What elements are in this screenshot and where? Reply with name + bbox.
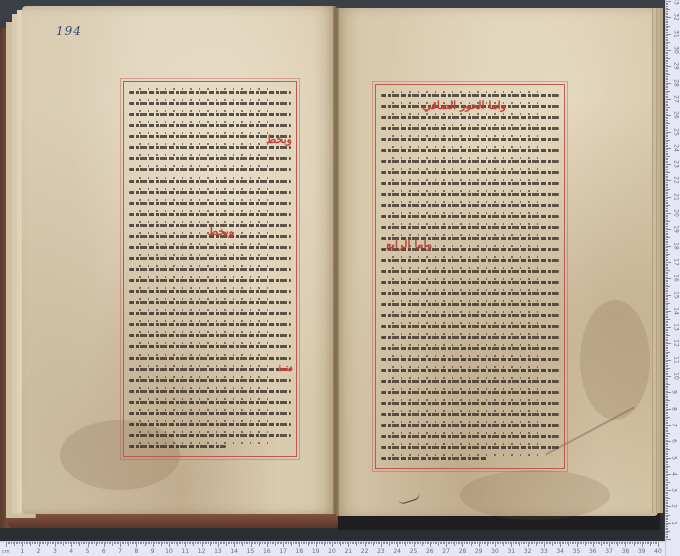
ruler-tick — [666, 368, 670, 369]
ruler-tick — [666, 529, 668, 530]
text-line — [381, 145, 559, 155]
ruler-tick — [666, 149, 668, 150]
ruler-tick — [666, 301, 668, 302]
ruler-tick — [666, 316, 668, 317]
ruler-tick — [666, 136, 668, 137]
ruler-tick — [666, 107, 670, 108]
ruler-tick — [666, 519, 668, 520]
ruler-tick — [666, 197, 671, 198]
ruler-tick — [666, 329, 668, 330]
ruler-tick — [666, 16, 668, 17]
ruler-right: 1234567891011121314151617181920212223242… — [665, 0, 680, 556]
ruler-tick — [666, 153, 668, 154]
ruler-tick — [666, 162, 668, 163]
ruler-label: 28 — [459, 548, 467, 555]
text-line — [381, 134, 559, 144]
ruler-tick — [666, 295, 671, 296]
text-line — [381, 409, 559, 419]
ruler-tick — [666, 524, 668, 525]
ruler-tick — [666, 472, 668, 473]
ruler-tick — [666, 259, 668, 260]
ruler-label: 24 — [672, 144, 679, 152]
text-line — [129, 176, 291, 186]
ruler-label: 15 — [247, 548, 255, 555]
ruler-tick — [666, 332, 668, 333]
ruler-tick — [666, 319, 670, 320]
text-line — [381, 200, 559, 210]
ruler-tick — [666, 234, 668, 235]
text-line — [381, 420, 559, 430]
ruler-tick — [666, 412, 668, 413]
ruler-tick — [666, 66, 671, 67]
ruler-label: 11 — [181, 548, 189, 555]
ruler-tick — [666, 158, 668, 159]
ruler-tick — [666, 264, 668, 265]
ruler-tick — [666, 296, 668, 297]
text-line — [129, 364, 291, 374]
ruler-tick — [666, 443, 668, 444]
text-line — [381, 167, 559, 177]
ruler-tick — [666, 39, 668, 40]
ruler-tick — [666, 500, 668, 501]
text-line — [129, 430, 291, 440]
ruler-tick — [666, 123, 670, 124]
ruler-tick — [666, 430, 668, 431]
ruler-tick — [666, 353, 668, 354]
ruler-label: 27 — [672, 95, 679, 103]
text-line — [129, 286, 291, 296]
ruler-label: 21 — [344, 548, 352, 555]
ruler-tick — [666, 151, 668, 152]
ruler-tick — [666, 405, 668, 406]
ruler-tick — [666, 202, 668, 203]
ruler-tick — [666, 53, 668, 54]
ruler-label: 16 — [672, 274, 679, 282]
ruler-tick — [666, 399, 668, 400]
ruler-tick — [666, 221, 670, 222]
ruler-tick — [666, 257, 668, 258]
left-text-block: وبخط وبخط فقط — [123, 81, 297, 457]
ruler-tick — [666, 444, 668, 445]
ruler-label: 6 — [670, 439, 677, 443]
ruler-tick — [666, 340, 668, 341]
ruler-tick — [666, 325, 668, 326]
ruler-tick — [666, 63, 668, 64]
ruler-tick — [666, 278, 671, 279]
ruler-label: 21 — [672, 193, 679, 201]
text-line — [381, 189, 559, 199]
ruler-tick — [666, 195, 668, 196]
ruler-tick — [666, 13, 668, 14]
ruler-tick — [666, 407, 668, 408]
text-line — [381, 376, 559, 386]
stain — [460, 470, 610, 520]
ruler-tick — [666, 433, 670, 434]
ruler-label: 29 — [672, 62, 679, 70]
text-line — [129, 187, 291, 197]
ruler-tick — [666, 532, 668, 533]
ruler-tick — [666, 122, 668, 123]
text-line — [381, 266, 559, 276]
ruler-tick — [666, 505, 668, 506]
ruler-tick — [666, 299, 668, 300]
ruler-tick — [666, 167, 668, 168]
ruler-tick — [666, 79, 668, 80]
ruler-tick — [666, 190, 668, 191]
ruler-tick — [666, 145, 668, 146]
text-line — [129, 253, 291, 263]
ruler-tick — [666, 6, 668, 7]
ruler-tick — [666, 182, 668, 183]
ruler-tick — [666, 143, 668, 144]
ruler-tick — [666, 9, 670, 10]
text-line — [129, 98, 291, 108]
ruler-tick — [666, 89, 668, 90]
ruler-tick — [666, 312, 668, 313]
ruler-tick — [666, 4, 668, 5]
rubric-heading: واما الرابع — [386, 239, 432, 251]
ruler-tick — [666, 213, 671, 214]
text-line — [381, 112, 559, 122]
ruler-tick — [666, 17, 671, 18]
ruler-label: 20 — [672, 209, 679, 217]
ruler-tick — [666, 352, 670, 353]
ruler-label: 13 — [214, 548, 222, 555]
ruler-tick — [666, 109, 668, 110]
ruler-tick — [666, 47, 668, 48]
ruler-tick — [666, 508, 668, 509]
text-line — [129, 308, 291, 318]
ruler-tick — [666, 397, 668, 398]
ruler-label: 4 — [670, 472, 677, 476]
ruler-tick — [666, 415, 668, 416]
ruler-tick — [666, 132, 671, 133]
ruler-tick — [666, 48, 668, 49]
ruler-tick — [666, 291, 668, 292]
gutter — [333, 6, 339, 516]
ruler-tick — [666, 118, 668, 119]
text-line — [129, 408, 291, 418]
ruler-tick — [666, 384, 670, 385]
ruler-tick — [666, 262, 671, 263]
ruler-tick — [666, 417, 670, 418]
text-line — [381, 332, 559, 342]
ruler-tick — [666, 177, 668, 178]
ruler-label: 35 — [573, 548, 581, 555]
ruler-tick — [666, 449, 670, 450]
ruler-tick — [666, 57, 668, 58]
ruler-label: 9 — [151, 548, 155, 555]
ruler-tick — [666, 456, 668, 457]
ruler-tick — [666, 272, 668, 273]
ruler-label: 8 — [670, 407, 677, 411]
ruler-tick — [666, 347, 668, 348]
ruler-label: 26 — [426, 548, 434, 555]
ruler-label: 29 — [475, 548, 483, 555]
ruler-tick — [666, 277, 668, 278]
ruler-tick — [666, 81, 668, 82]
ruler-tick — [666, 410, 668, 411]
ruler-tick — [666, 451, 668, 452]
ruler-tick — [666, 355, 668, 356]
ruler-tick — [666, 216, 668, 217]
ruler-label: 10 — [672, 372, 679, 380]
ruler-label: 19 — [312, 548, 320, 555]
ruler-tick — [666, 97, 668, 98]
ruler-tick — [666, 387, 668, 388]
ruler-tick — [666, 105, 668, 106]
ruler-label: 40 — [654, 548, 662, 555]
text-line — [381, 343, 559, 353]
ruler-label: 25 — [672, 128, 679, 136]
ruler-tick — [666, 125, 668, 126]
ruler-label: 33 — [672, 0, 679, 5]
ruler-tick — [666, 172, 670, 173]
ruler-tick — [666, 104, 668, 105]
ruler-tick — [666, 237, 670, 238]
ruler-tick — [666, 311, 671, 312]
ruler-tick — [666, 515, 670, 516]
ruler-tick — [666, 252, 668, 253]
ruler-label: 7 — [118, 548, 122, 555]
ruler-tick — [666, 115, 671, 116]
ruler-tick — [666, 19, 668, 20]
fore-edge — [660, 8, 663, 513]
ruler-tick — [666, 366, 668, 367]
ruler-tick — [666, 510, 668, 511]
text-line — [129, 153, 291, 163]
ruler-tick — [666, 526, 668, 527]
ruler-tick — [666, 40, 668, 41]
ruler-tick — [666, 348, 668, 349]
ruler-tick — [666, 360, 671, 361]
ruler-tick — [666, 35, 668, 36]
ruler-tick — [666, 179, 668, 180]
text-lines — [381, 90, 559, 463]
ruler-tick — [666, 239, 668, 240]
text-line — [129, 375, 291, 385]
ruler-label: 16 — [263, 548, 271, 555]
text-line — [381, 442, 559, 452]
ruler-tick — [666, 314, 668, 315]
text-line — [129, 319, 291, 329]
ruler-tick — [666, 373, 668, 374]
rubric-heading: فقط — [278, 362, 293, 374]
ruler-tick — [666, 71, 668, 72]
ruler-tick — [666, 161, 668, 162]
text-line — [381, 453, 559, 463]
ruler-tick — [666, 528, 668, 529]
ruler-tick — [666, 306, 668, 307]
ruler-label: 5 — [670, 456, 677, 460]
ruler-tick — [666, 281, 668, 282]
ruler-tick — [666, 24, 668, 25]
ruler-tick — [666, 265, 668, 266]
ruler-tick — [666, 404, 668, 405]
ruler-tick — [666, 521, 668, 522]
ruler-tick — [666, 286, 670, 287]
ruler-tick — [666, 376, 671, 377]
ruler-tick — [666, 133, 668, 134]
ruler-label: 12 — [198, 548, 206, 555]
ruler-tick — [666, 268, 668, 269]
ruler-tick — [666, 327, 671, 328]
ruler-tick — [666, 396, 668, 397]
text-line — [129, 198, 291, 208]
ruler-tick — [666, 65, 668, 66]
ruler-tick — [666, 203, 668, 204]
ruler-tick — [666, 187, 668, 188]
text-line — [381, 310, 559, 320]
text-line — [381, 156, 559, 166]
ruler-tick — [666, 309, 668, 310]
ruler-label: 39 — [638, 548, 646, 555]
ruler-tick — [666, 290, 668, 291]
ruler-tick — [666, 184, 668, 185]
ruler-tick — [666, 502, 668, 503]
ruler-tick — [666, 86, 668, 87]
ruler-tick — [666, 42, 670, 43]
ruler-label: 17 — [279, 548, 287, 555]
ruler-tick — [666, 192, 668, 193]
ruler-tick — [666, 335, 670, 336]
ruler-tick — [666, 30, 668, 31]
ruler-tick — [666, 484, 668, 485]
ruler-tick — [666, 339, 668, 340]
ruler-tick — [666, 343, 671, 344]
text-line — [129, 87, 291, 97]
ruler-label: 33 — [540, 548, 548, 555]
ruler-tick — [666, 513, 668, 514]
ruler-tick — [666, 371, 668, 372]
ruler-tick — [666, 193, 668, 194]
ruler-tick — [666, 330, 668, 331]
ruler-tick — [666, 369, 668, 370]
text-line — [129, 397, 291, 407]
text-line — [129, 330, 291, 340]
ruler-tick — [666, 365, 668, 366]
ruler-tick — [666, 189, 670, 190]
ruler-tick — [666, 461, 668, 462]
ruler-label: 30 — [491, 548, 499, 555]
ruler-tick — [666, 117, 668, 118]
ruler-label: 31 — [507, 548, 515, 555]
ruler-tick — [666, 205, 670, 206]
ruler-tick — [666, 99, 671, 100]
ruler-tick — [666, 61, 668, 62]
ruler-tick — [666, 22, 668, 23]
ruler-tick — [666, 420, 668, 421]
text-line — [129, 275, 291, 285]
ruler-tick — [666, 164, 671, 165]
ruler-tick — [666, 34, 671, 35]
ruler-tick — [666, 317, 668, 318]
text-line — [381, 299, 559, 309]
text-line — [381, 387, 559, 397]
ruler-tick — [666, 503, 668, 504]
text-line — [381, 398, 559, 408]
ruler-tick — [666, 492, 668, 493]
ruler-label: 12 — [672, 340, 679, 348]
ruler-label: 15 — [672, 291, 679, 299]
ruler-tick — [666, 250, 668, 251]
ruler-tick — [666, 74, 670, 75]
ruler-tick — [666, 531, 670, 532]
ruler-tick — [666, 422, 668, 423]
ruler-tick — [666, 482, 670, 483]
ruler-tick — [666, 176, 668, 177]
ruler-label: 19 — [672, 225, 679, 233]
ruler-label: 27 — [442, 548, 450, 555]
ruler-tick — [666, 381, 668, 382]
ruler-tick — [666, 180, 671, 181]
ruler-label: 22 — [361, 548, 369, 555]
ruler-tick — [666, 446, 668, 447]
ruler-tick — [666, 471, 668, 472]
ruler-label: 3 — [670, 488, 677, 492]
ruler-tick — [666, 224, 668, 225]
ruler-tick — [666, 58, 670, 59]
ruler-tick — [666, 102, 668, 103]
ruler-tick — [666, 254, 670, 255]
ruler-tick — [666, 485, 668, 486]
ruler-tick — [666, 413, 668, 414]
ruler-tick — [666, 78, 668, 79]
stain — [580, 300, 650, 420]
text-line — [381, 365, 559, 375]
ruler-tick — [666, 361, 668, 362]
ruler-label: 4 — [69, 548, 73, 555]
ruler-tick — [666, 475, 668, 476]
ruler-tick — [666, 374, 668, 375]
ruler-label: 32 — [524, 548, 532, 555]
ruler-tick — [666, 211, 668, 212]
ruler-label: 18 — [296, 548, 304, 555]
ruler-tick — [666, 298, 668, 299]
ruler-tick — [666, 303, 670, 304]
ruler-label: 9 — [670, 390, 677, 394]
ruler-tick — [666, 464, 668, 465]
text-line — [381, 178, 559, 188]
ruler-tick — [666, 68, 668, 69]
ruler-tick — [666, 273, 668, 274]
text-line — [381, 123, 559, 133]
ruler-tick — [666, 345, 668, 346]
ruler-tick — [666, 228, 668, 229]
ruler-tick — [666, 324, 668, 325]
ruler-tick — [666, 342, 668, 343]
ruler-tick — [666, 73, 668, 74]
ruler-tick — [666, 516, 668, 517]
ruler-label: 28 — [672, 79, 679, 87]
ruler-label: 10 — [165, 548, 173, 555]
ruler-tick — [666, 29, 668, 30]
ruler-tick — [666, 260, 668, 261]
ruler-label: 23 — [672, 160, 679, 168]
ruler-tick — [666, 159, 668, 160]
text-line — [129, 353, 291, 363]
ruler-label: 1 — [670, 521, 677, 525]
ruler-tick — [666, 462, 668, 463]
ruler-tick — [666, 154, 668, 155]
ruler-tick — [666, 241, 668, 242]
ruler-label: 8 — [134, 548, 138, 555]
ruler-tick — [666, 363, 668, 364]
ruler-tick — [666, 135, 668, 136]
ruler-tick — [666, 469, 668, 470]
ruler-label: 3 — [53, 548, 57, 555]
ruler-tick — [666, 379, 668, 380]
